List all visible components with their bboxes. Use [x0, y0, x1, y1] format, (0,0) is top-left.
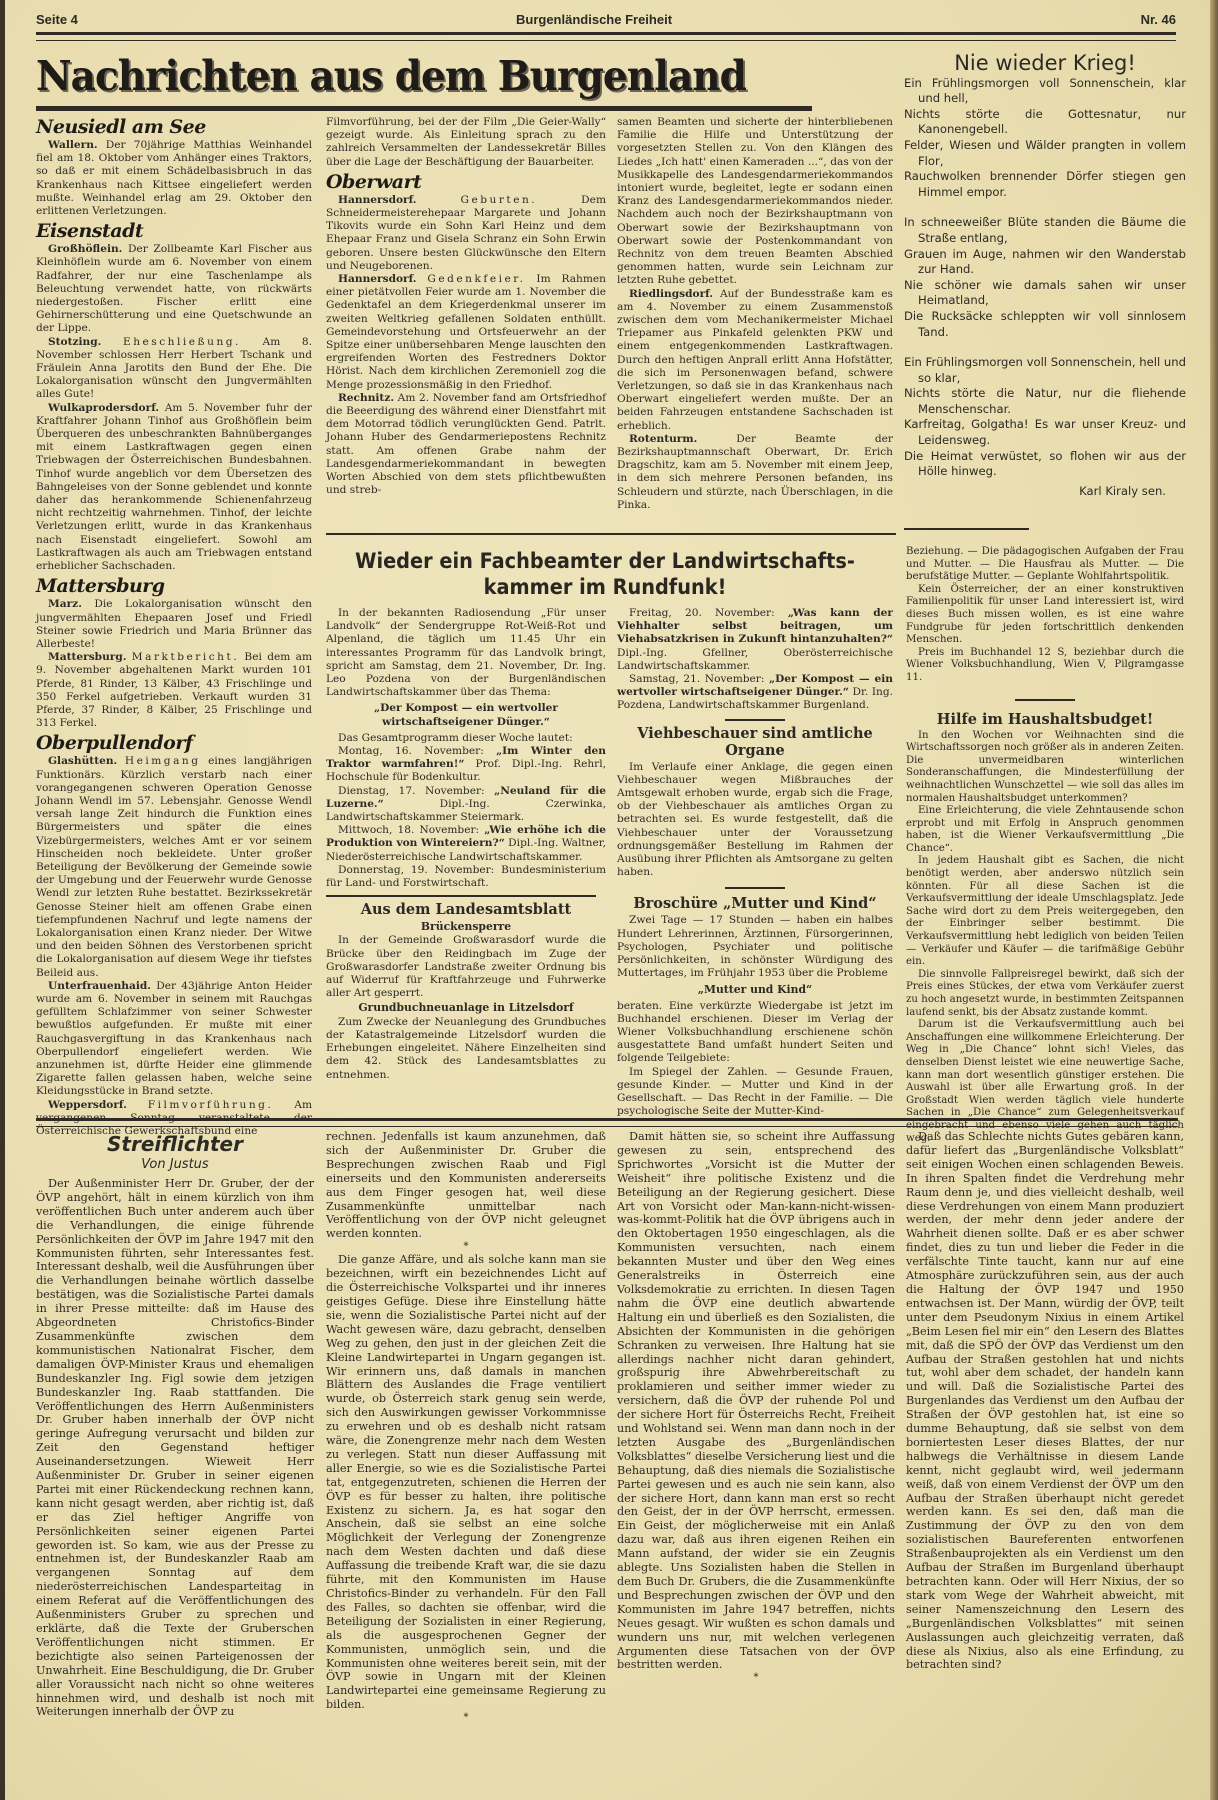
section-rule — [326, 533, 896, 535]
haushalt-article: In den Wochen vor Weihnachten sind die W… — [906, 730, 1184, 1146]
streiflichter-col-4: Daß das Schlechte nichts Gutes gebären k… — [906, 1130, 1184, 1672]
column-4: Beziehung. — Die pädagogischen Aufgaben … — [906, 546, 1184, 1145]
program-entry: Mittwoch, 18. November: „Wie erhöhe ich … — [326, 824, 606, 864]
radio-article-continued: Freitag, 20. November: „Was kann der Vie… — [617, 607, 893, 1119]
radio-headline: Wieder ein Fachbeamter der Landwirtschaf… — [347, 548, 862, 600]
poem-line: Rauchwolken brennender Dörfer stiegen ge… — [904, 169, 1186, 200]
banner-rule — [36, 106, 812, 111]
streiflichter-title: Streiflichter — [36, 1132, 314, 1156]
masthead: Seite 4 Burgenländische Freiheit Nr. 46 — [36, 10, 1176, 32]
poem-line: Felder, Wiesen und Wälder prangten in vo… — [904, 138, 1186, 169]
news-item: Riedlingsdorf. Auf der Bundesstraße kam … — [617, 288, 893, 433]
news-item: Großhöflein. Der Zollbeamte Karl Fischer… — [36, 243, 312, 335]
streiflichter-author: Von Justus — [36, 1156, 314, 1174]
district-heading: Neusiedl am See — [36, 116, 312, 138]
poem-title: Nie wieder Krieg! — [904, 56, 1186, 72]
poem-line: Nichts störte die Natur, nur die fliehen… — [904, 386, 1186, 417]
program-entry: Samstag, 21. November: „Der Kompost — ei… — [617, 673, 893, 713]
news-item: Marz. Die Lokalorganisation wünscht den … — [36, 598, 312, 651]
broschuere-title: Broschüre „Mutter und Kind“ — [617, 895, 893, 912]
poem-line: Nichts störte die Gottesnatur, nur Kanon… — [904, 107, 1186, 138]
news-item: Hannersdorf. Gedenkfeier. Im Rahmen eine… — [326, 273, 606, 392]
news-item: Glashütten. Heimgang eines langjährigen … — [36, 755, 312, 979]
issue-number: Nr. 46 — [1141, 12, 1176, 27]
viehbeschauer-title: Viehbeschauer sind amtliche Organe — [617, 725, 893, 759]
news-continuation: samen Beamten und sicherte der hinterbli… — [617, 116, 893, 288]
paragraph: In den Wochen vor Weihnachten sind die W… — [906, 730, 1184, 806]
page-edge-right — [1210, 0, 1218, 1800]
news-item: Hannersdorf. Geburten. Dem Schneidermeis… — [326, 194, 606, 273]
radio-article: In der bekannten Radiosendung „Für unser… — [326, 607, 606, 1082]
poem: Nie wieder Krieg! Ein Frühlingsmorgen vo… — [904, 56, 1186, 499]
column-1: Neusiedl am See Wallern. Der 70jährige M… — [36, 114, 312, 1138]
program-entry: Freitag, 20. November: „Was kann der Vie… — [617, 607, 893, 673]
program-entry: Montag, 16. November: „Im Winter den Tra… — [326, 745, 606, 785]
column-2: Filmvorführung, bei der der Film „Die Ge… — [326, 116, 606, 497]
masthead-rule — [36, 32, 1176, 41]
news-item: Rotenturm. Der Beamte der Bezirkshauptma… — [617, 433, 893, 512]
newspaper-name: Burgenländische Freiheit — [516, 12, 672, 27]
program-entry: Donnerstag, 19. November: Bundesminister… — [326, 864, 606, 890]
poem-line: Die Heimat verwüstet, so flohen wir aus … — [904, 449, 1186, 480]
news-continuation: Filmvorführung, bei der der Film „Die Ge… — [326, 116, 606, 169]
poem-line: Ein Frühlingsmorgen voll Sonnenschein, h… — [904, 355, 1186, 386]
page-edge-left — [0, 0, 5, 1800]
district-heading: Oberwart — [326, 171, 606, 193]
section-banner: Nachrichten aus dem Burgenland — [36, 52, 777, 102]
radio-topic: „Der Kompost — ein wertvoller wirtschaft… — [326, 699, 606, 731]
radio-program: Freitag, 20. November: „Was kann der Vie… — [617, 607, 893, 713]
poem-line: Nie schöner wie damals sahen wir unser H… — [904, 278, 1186, 309]
poem-line: Ein Frühlingsmorgen voll Sonnenschein, k… — [904, 76, 1186, 107]
amtsblatt-title: Aus dem Landesamtsblatt — [326, 901, 606, 918]
section-rule — [326, 895, 596, 897]
poem-body: Ein Frühlingsmorgen voll Sonnenschein, k… — [904, 76, 1186, 480]
district-heading: Mattersburg — [36, 575, 312, 597]
news-item: Stotzing. Eheschließung. Am 8. November … — [36, 336, 312, 402]
news-item: Mattersburg. Marktbericht. Bei dem am 9.… — [36, 651, 312, 730]
news-item: Wulkaprodersdorf. Am 5. November fuhr de… — [36, 402, 312, 574]
news-item: Unterfrauenhaid. Der 43jährige Anton Hei… — [36, 980, 312, 1099]
poem-rule — [904, 528, 1029, 530]
streiflichter-col-3: Damit hätten sie, so scheint ihre Auffas… — [617, 1130, 895, 1684]
newspaper-page: Seite 4 Burgenländische Freiheit Nr. 46 … — [0, 0, 1218, 1800]
paragraph: Eine Erleichterung, die viele Zehntausen… — [906, 805, 1184, 855]
program-entry: Dienstag, 17. November: „Neuland für die… — [326, 785, 606, 825]
poem-line: In schneeweißer Blüte standen die Bäume … — [904, 215, 1186, 246]
page-number: Seite 4 — [36, 12, 78, 27]
district-heading: Eisenstadt — [36, 220, 312, 242]
poem-author: Karl Kiraly sen. — [904, 484, 1186, 500]
poem-line: Karfreitag, Golgatha! Es war unser Kreuz… — [904, 417, 1186, 448]
district-heading: Oberpullendorf — [36, 732, 312, 754]
streiflichter-col-2: rechnen. Jedenfalls ist kaum anzunehmen,… — [326, 1130, 606, 1724]
paragraph: Die sinnvolle Fallpreisregel bewirkt, da… — [906, 969, 1184, 1019]
streiflichter-rule — [36, 1118, 1178, 1127]
poem-line: Grauen im Auge, nahmen wir den Wandersta… — [904, 247, 1186, 278]
streiflichter-col-1: Streiflichter Von Justus Der Außenminist… — [36, 1130, 314, 1719]
radio-program: Montag, 16. November: „Im Winter den Tra… — [326, 745, 606, 890]
news-item: Wallern. Der 70jährige Matthias Weinhand… — [36, 139, 312, 218]
paragraph: In jedem Haushalt gibt es Sachen, die ni… — [906, 855, 1184, 968]
news-item: Rechnitz. Am 2. November fand am Ortsfri… — [326, 392, 606, 498]
poem-line: Die Rucksäcke schleppten wir voll sinnlo… — [904, 309, 1186, 340]
column-3: samen Beamten und sicherte der hinterbli… — [617, 116, 893, 512]
haushalt-title: Hilfe im Haushaltsbudget! — [906, 711, 1184, 728]
